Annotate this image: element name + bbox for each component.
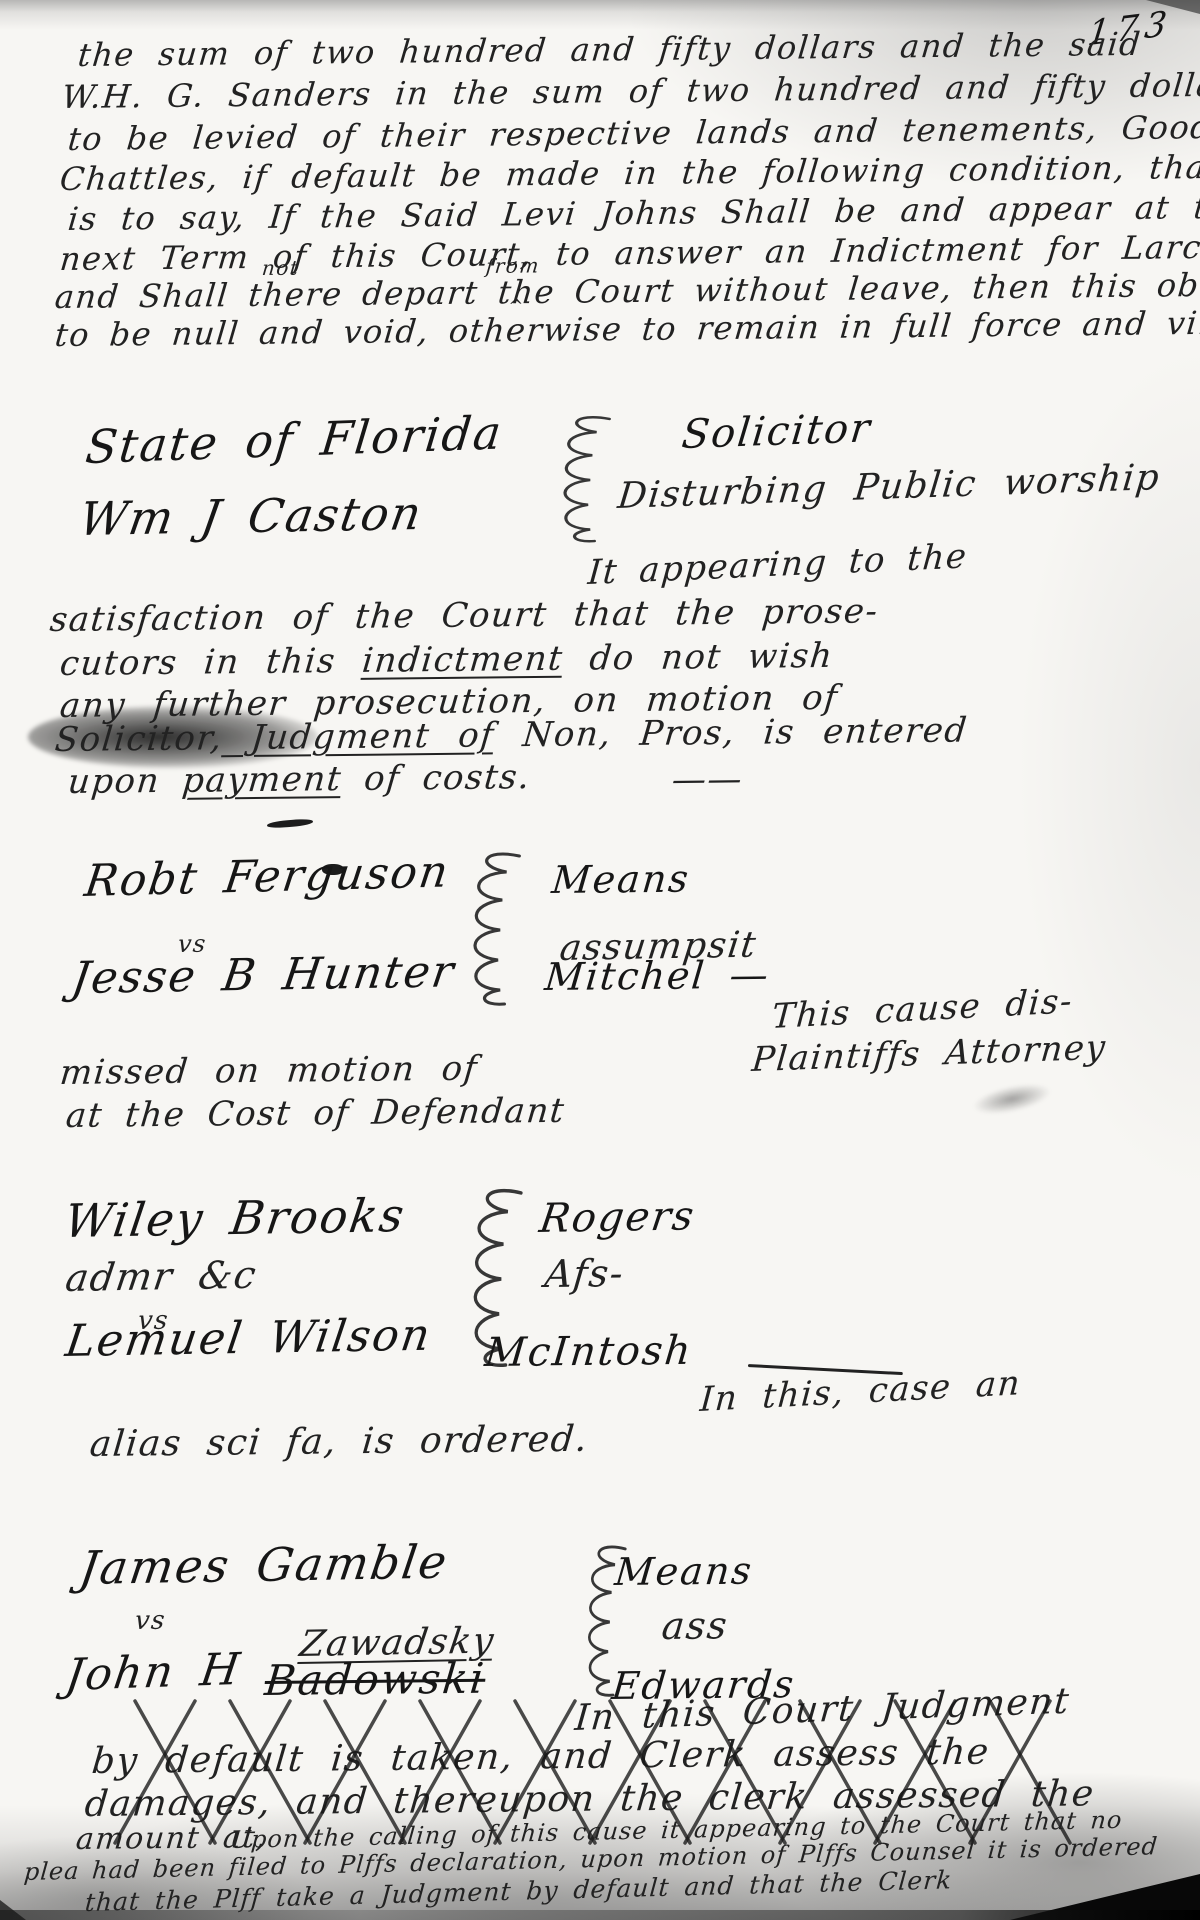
scan-edge-shadow-bottom <box>0 1910 1200 1920</box>
case-2-defendant-attorney: Mitchel — <box>543 953 772 999</box>
case-1-body-line-6c: of costs. <box>340 757 532 799</box>
case-1-body-line-3a: cutors in this <box>58 641 364 684</box>
case-2-body-line-2a: missed on motion of <box>58 1049 480 1093</box>
case-1-body-line-3: cutors in this indictment do not wish <box>58 636 835 684</box>
case-3-plaintiff-attorney: Rogers <box>537 1193 699 1242</box>
case-2-body-line-3: at the Cost of Defendant <box>64 1091 567 1136</box>
case-4-plaintiff-attorney: Means <box>613 1549 755 1594</box>
case-1-body-line-5b-underlined: Judgment of <box>221 715 496 758</box>
case-2-body-line-2b: Plaintiffs Attorney <box>750 1028 1108 1081</box>
ink-smudge <box>970 1078 1054 1120</box>
case-1-body-line-6b-underlined: payment <box>180 759 343 801</box>
case-1-body-line-5: Solicitor, Judgment of Non, Pros, is ent… <box>53 710 970 760</box>
case-3-plaintiff-capacity: admr &c <box>63 1253 260 1300</box>
case-2-plaintiff-attorney: Means <box>550 857 692 902</box>
case-1-body-line-5a-blotted: Solicitor, <box>53 718 225 760</box>
case-1-body-line-3b-underlined: indictment <box>360 639 565 681</box>
court-record-page: 173 the sum of two hundred and fifty dol… <box>0 0 1200 1920</box>
case-1-body-line-2: satisfaction of the Court that the prose… <box>48 591 880 640</box>
case-1-defendant: Wm J Caston <box>76 486 427 546</box>
case-3-plaintiff: Wiley Brooks <box>61 1188 409 1248</box>
case-4-plaintiff: James Gamble <box>76 1535 452 1596</box>
case-1-plaintiff: State of Florida <box>83 405 505 474</box>
case-3-defendant: Lemuel Wilson <box>62 1310 435 1368</box>
case-1-charge: Disturbing Public worship <box>616 457 1162 517</box>
case-1-body-line-3c: do not wish <box>561 636 835 679</box>
case-1-body-line-6: upon payment of costs. <box>66 757 532 802</box>
opening-line-2: W.H. G. Sanders in the sum of two hundre… <box>60 66 1200 116</box>
opening-line-1: the sum of two hundred and fifty dollars… <box>76 25 1143 74</box>
case-2-body-line-1: This cause dis- <box>771 981 1075 1037</box>
case-3-body-line-1: In this, case an <box>699 1363 1023 1420</box>
case-1-brace <box>556 414 620 546</box>
case-2-defendant: Jesse B Hunter <box>68 946 458 1004</box>
case-2-plaintiff: Robt Ferguson <box>82 846 453 907</box>
case-4-action-type: ass <box>660 1603 730 1648</box>
case-1-body-line-1: It appearing to the <box>586 536 969 593</box>
interline-insertion-not: not <box>261 256 301 280</box>
case-1-closing-dash: —— <box>670 759 745 800</box>
interline-insertion-from: from <box>485 253 541 278</box>
case-1-body-line-6a: upon <box>66 761 184 802</box>
case-3-defendant-attorney: McIntosh <box>483 1328 695 1376</box>
case-2-brace <box>466 850 530 1010</box>
case-1-body-line-5c: Non, Pros, is entered <box>493 710 970 755</box>
case-4-vs-label: vs <box>134 1606 168 1636</box>
ink-speck <box>267 818 313 829</box>
case-3-body-line-2: alias sci fa, is ordered. <box>88 1419 590 1465</box>
case-1-attorney: Solicitor <box>680 405 874 458</box>
case-3-action-type: Afs- <box>543 1251 626 1296</box>
